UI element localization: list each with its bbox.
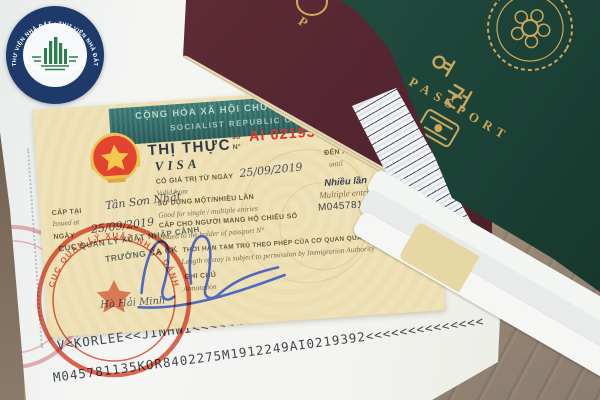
red-official-stamp: CỤC QUẢN LÝ XUẤT NHẬP CẢNH	[32, 218, 196, 382]
thuviennhadat-logo: THƯ VIỆN NHÀ ĐẤT • THƯ VIỆN NHÀ ĐẤT www.…	[4, 4, 106, 106]
valid-from-label-vi: CÓ GIÁ TRỊ TỪ NGÀY	[156, 173, 234, 185]
issued-at-label-vi: CẤP TẠI	[52, 208, 82, 217]
visa-title-english: VISA	[154, 156, 201, 175]
until-label-en: until	[329, 159, 343, 169]
number-label-vi: số	[232, 134, 241, 142]
burgundy-passport-letter: P	[295, 13, 310, 31]
number-label-en: N°	[232, 144, 241, 152]
vietnam-emblem	[80, 124, 150, 194]
burgundy-emblem-partial	[296, 0, 328, 16]
photo-visa-passports: V<KORLEE<<JINHWI<<<<<<<<<<<<<<<<<<<<<<<<…	[0, 0, 600, 400]
